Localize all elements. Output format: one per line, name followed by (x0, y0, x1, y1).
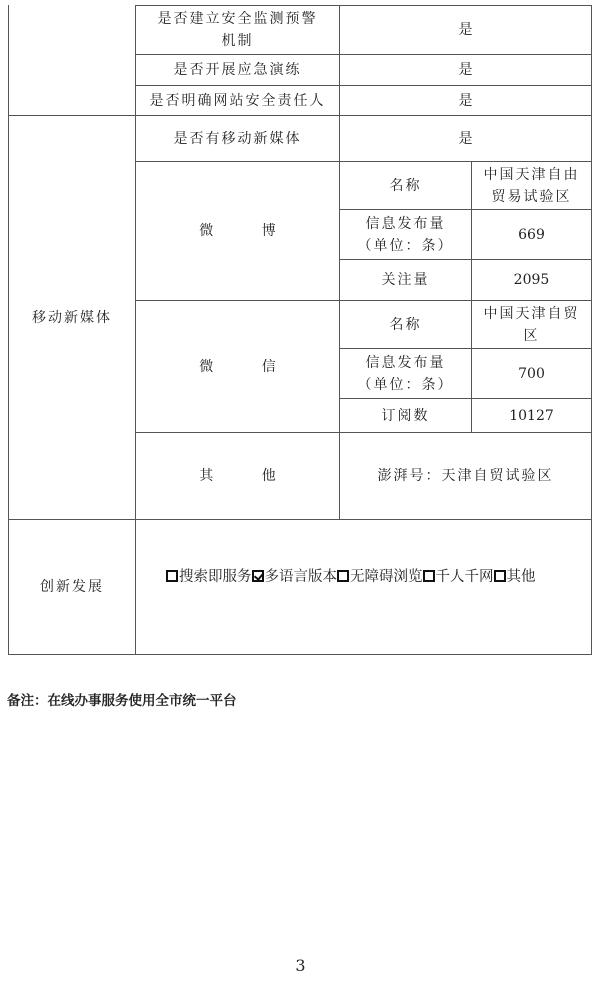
checkbox-multilingual[interactable] (252, 570, 264, 582)
security-monitoring-value: 是 (340, 5, 591, 54)
wechat-posts-label: 信息发布量（单位：条） (340, 349, 471, 398)
checkbox-search-service[interactable] (166, 570, 178, 582)
weibo-posts-label: 信息发布量（单位：条） (340, 210, 471, 259)
innovation-options: 搜索即服务 多语言版本 无障碍浏览 千人千网 其他 (166, 565, 536, 586)
checkbox-other[interactable] (494, 570, 506, 582)
mobile-media-section-label: 移动新媒体 (9, 116, 135, 519)
checkbox-accessibility[interactable] (337, 570, 349, 582)
wechat-subscribers-label: 订阅数 (340, 399, 471, 432)
security-owner-label: 是否明确网站安全责任人 (136, 86, 339, 115)
has-mobile-media-label: 是否有移动新媒体 (136, 116, 339, 161)
emergency-drill-label: 是否开展应急演练 (136, 55, 339, 85)
wechat-subscribers-value: 10127 (472, 399, 591, 432)
has-mobile-media-value: 是 (340, 116, 591, 161)
option-label: 千人千网 (436, 565, 494, 586)
wechat-label: 微 信 (136, 301, 339, 432)
emergency-drill-value: 是 (340, 55, 591, 85)
checkbox-personalized[interactable] (423, 570, 435, 582)
page-number: 3 (0, 956, 601, 975)
wechat-name-value: 中国天津自贸区 (472, 301, 591, 348)
wechat-name-label: 名称 (340, 301, 471, 348)
other-media-value: 澎湃号：天津自贸试验区 (340, 433, 591, 519)
weibo-name-label: 名称 (340, 162, 471, 209)
weibo-followers-label: 关注量 (340, 260, 471, 300)
option-label: 其他 (507, 565, 536, 586)
weibo-name-value: 中国天津自由贸易试验区 (472, 162, 591, 209)
option-label: 多语言版本 (265, 565, 338, 586)
innovation-section-label: 创新发展 (9, 520, 135, 654)
wechat-posts-value: 700 (472, 349, 591, 398)
security-owner-value: 是 (340, 86, 591, 115)
weibo-posts-value: 669 (472, 210, 591, 259)
other-media-label: 其 他 (136, 433, 339, 519)
footnote: 备注：在线办事服务使用全市统一平台 (7, 689, 237, 709)
option-label: 搜索即服务 (179, 565, 252, 586)
option-label: 无障碍浏览 (350, 565, 423, 586)
weibo-followers-value: 2095 (472, 260, 591, 300)
weibo-label: 微 博 (136, 162, 339, 300)
table-border-right (591, 5, 592, 655)
table-border-bottom (8, 654, 592, 655)
security-monitoring-label: 是否建立安全监测预警 机制 (136, 5, 339, 54)
